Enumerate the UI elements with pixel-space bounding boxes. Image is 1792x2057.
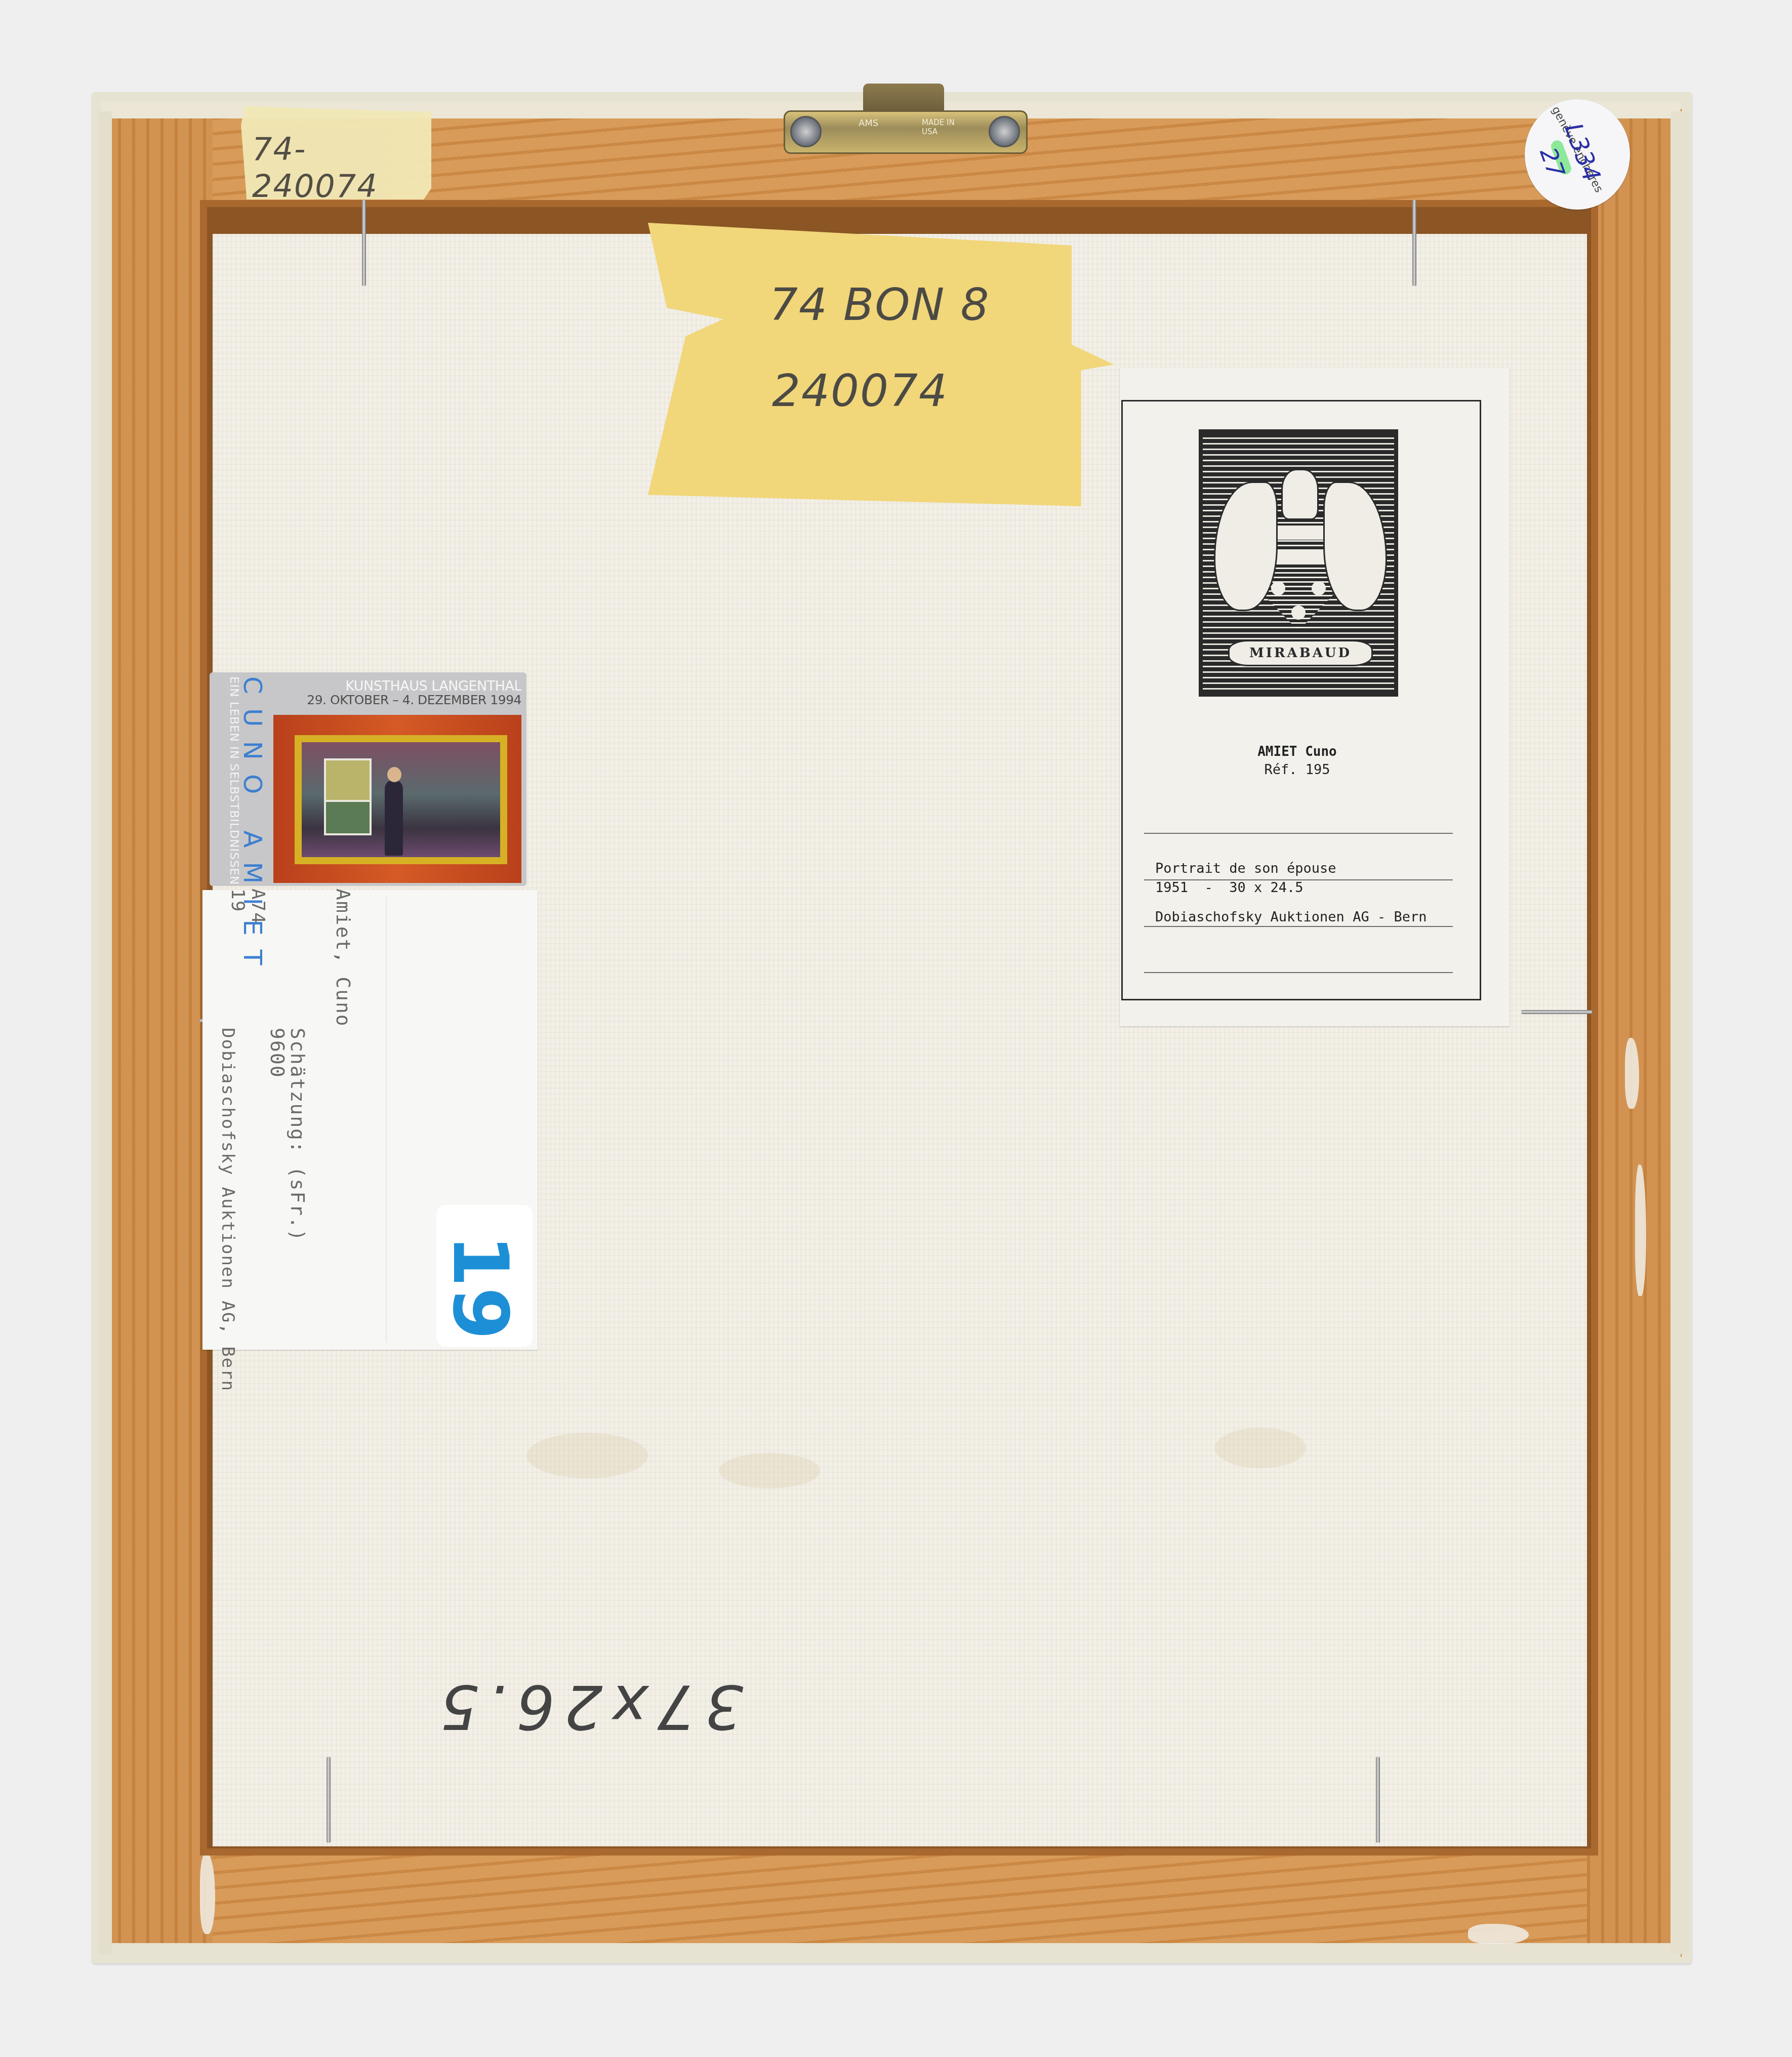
- label-artist: AMIET Cuno: [1119, 744, 1476, 759]
- lot-estimate-value: 9600: [266, 1028, 289, 1078]
- shield-bezant: [1312, 581, 1326, 595]
- mantling: [1323, 481, 1387, 611]
- motto-scroll: MIRABAUD: [1228, 640, 1373, 666]
- frame-rail-left: [104, 111, 213, 1954]
- worn-paint-right: [1671, 111, 1690, 1954]
- tape-number: 240074: [772, 365, 948, 417]
- lot-estimate-label: Schätzung: (sFr.): [287, 1028, 309, 1242]
- tape-code: 74 BON 8: [769, 278, 990, 331]
- label-title: Portrait de son épouse: [1155, 861, 1336, 876]
- screw-icon: [790, 116, 822, 147]
- screw-icon: [989, 116, 1020, 147]
- nail: [1412, 200, 1416, 286]
- hanger-brand: AMS: [859, 118, 878, 129]
- worn-paint-bottom: [101, 1943, 1681, 1959]
- exhibition-subtitle: EIN LEBEN IN SELBSTBILDNISSEN: [227, 676, 240, 885]
- label-date-size: 1951 - 30 x 24.5: [1155, 880, 1304, 896]
- frame-tape-number: 74-240074: [252, 131, 431, 205]
- helmet-icon: [1281, 469, 1319, 520]
- label-rule: [1144, 833, 1453, 834]
- nail: [362, 200, 366, 286]
- label-reference: Réf. 195: [1119, 762, 1476, 778]
- painting-inner-picture: [324, 758, 372, 802]
- exhibition-artist: CUNO AMIET: [238, 676, 267, 979]
- frame-rail-right: [1587, 111, 1679, 1954]
- worn-paint-left: [99, 111, 112, 1954]
- canvas-stain: [1215, 1428, 1306, 1468]
- painting-figure: [385, 780, 403, 856]
- exhibition-venue: KUNSTHAUS LANGENTHAL: [316, 678, 521, 694]
- coat-of-arms-icon: MIRABAUD: [1199, 429, 1398, 697]
- nail: [1521, 1010, 1592, 1014]
- lot-number: 19: [436, 1234, 524, 1340]
- sticker-number: 27: [1534, 144, 1570, 181]
- exhibition-dates: 29. OKTOBER – 4. DEZEMBER 1994: [283, 693, 521, 707]
- canvas-stain: [526, 1433, 648, 1478]
- lot-auction-house: Dobiaschofsky Auktionen AG, Bern: [218, 1028, 238, 1392]
- canvas-dimension-inscription: 37x26.5: [375, 1671, 800, 1742]
- nail: [1376, 1757, 1380, 1843]
- shield-bezant: [1271, 581, 1285, 595]
- frame-tape-label: 74-240074: [241, 106, 431, 199]
- lot-artist: Amiet, Cuno: [332, 889, 354, 1027]
- label-provenance: Dobiaschofsky Auktionen AG - Bern: [1155, 909, 1427, 925]
- painting-inner-picture: [324, 800, 372, 835]
- hanger-origin: MADE IN USA: [922, 118, 967, 136]
- label-rule: [1144, 972, 1453, 973]
- shield-bezant: [1291, 606, 1306, 620]
- label-rule: [1144, 926, 1453, 927]
- crest-motto: MIRABAUD: [1249, 646, 1352, 661]
- lot-label-divider: [386, 897, 387, 1343]
- mantling: [1214, 481, 1278, 611]
- painting-figure-head: [387, 767, 401, 782]
- frame-rail-bottom: [104, 1850, 1679, 1954]
- sawtooth-hanger: AMS MADE IN USA: [784, 110, 1028, 154]
- nail: [327, 1757, 331, 1843]
- geneve-encheres-sticker: genève enchères L334 27: [1525, 99, 1630, 210]
- paint-chip: [1468, 1924, 1529, 1944]
- canvas-stain: [719, 1453, 820, 1488]
- yellow-tape-label: 74 BON 8 240074: [648, 223, 1119, 506]
